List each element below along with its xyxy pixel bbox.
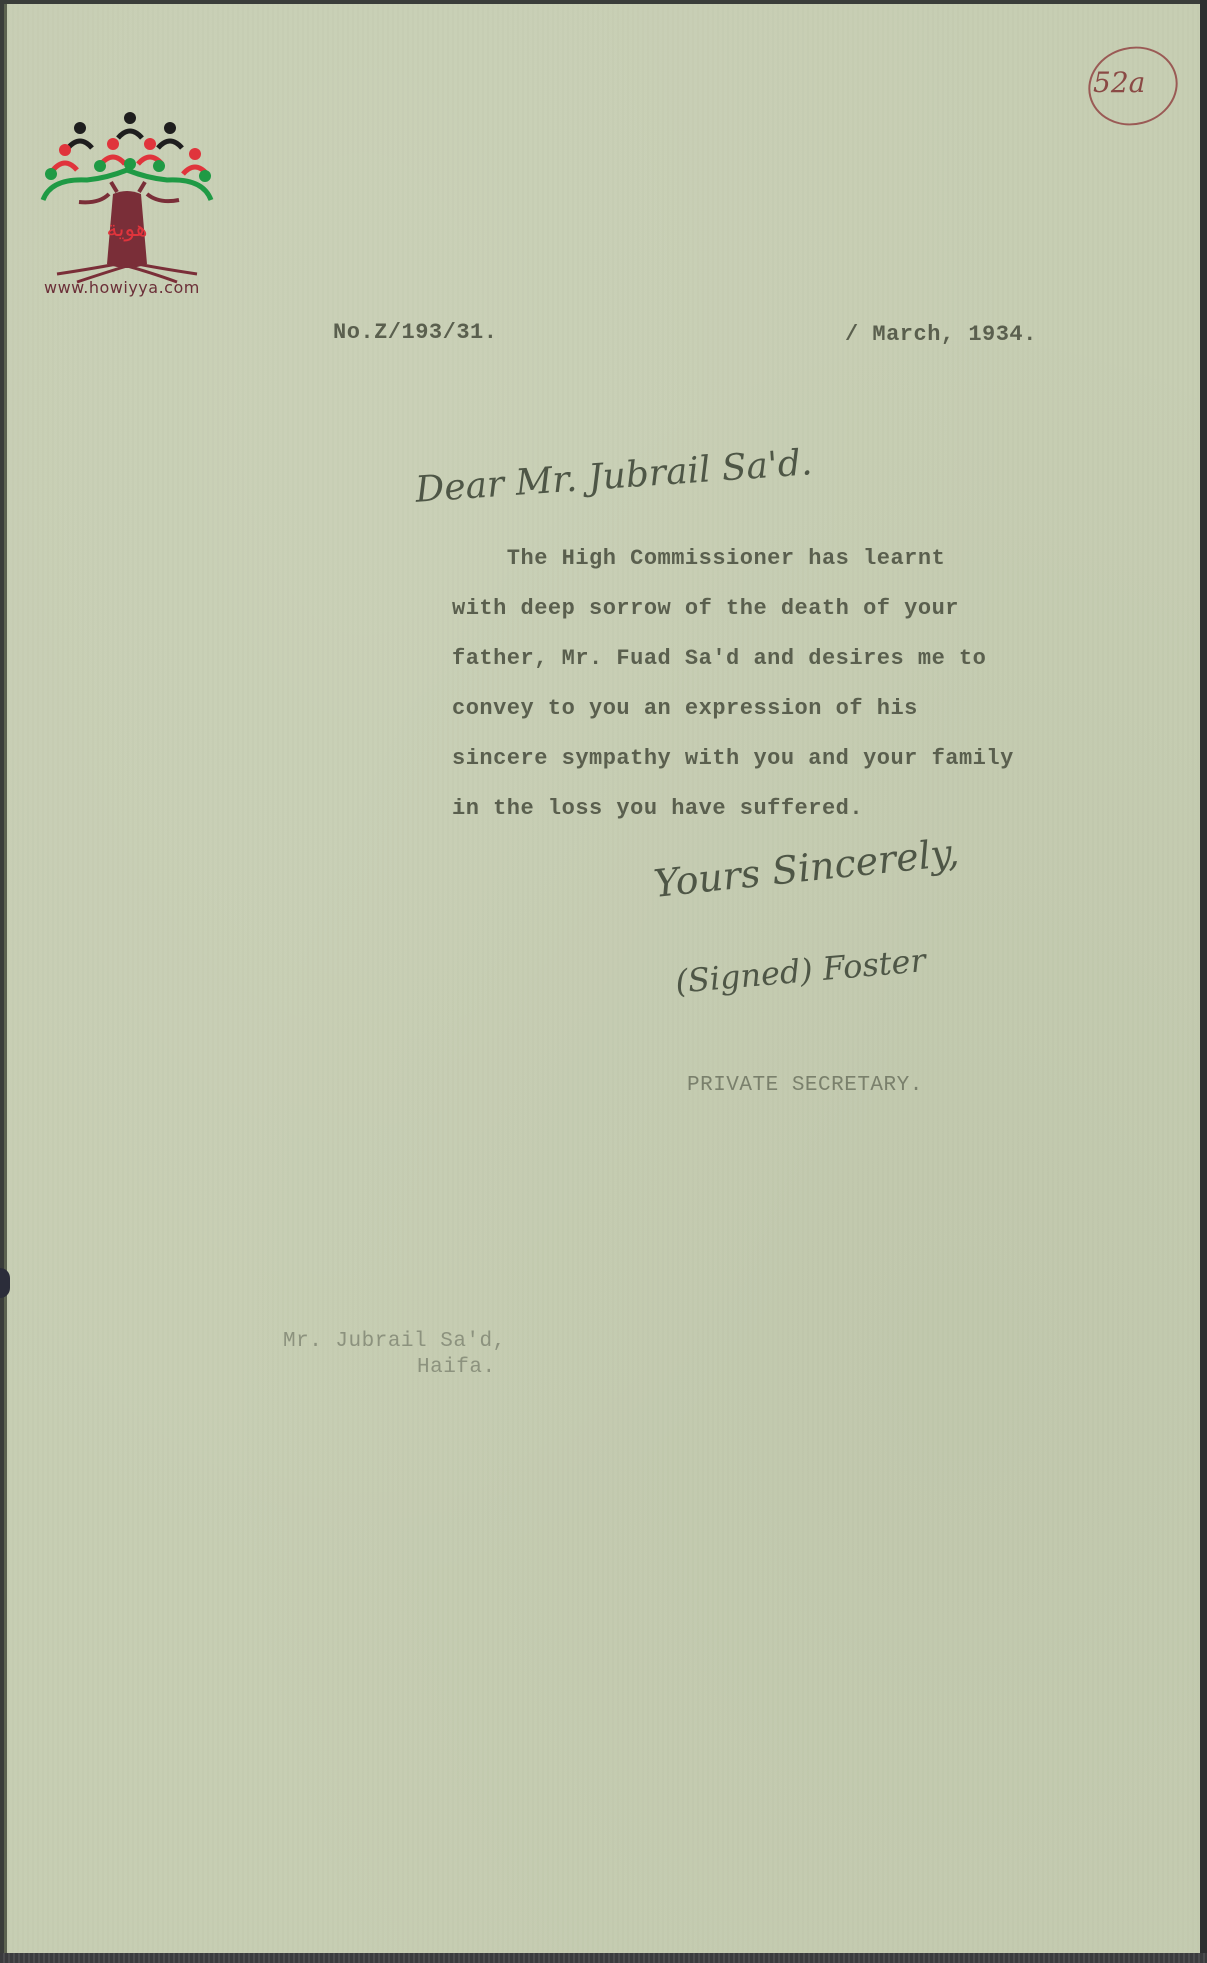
letter-page: هوية www.howiyya.com 52a No.Z/193/31. / … xyxy=(4,4,1200,1954)
addressee-name: Mr. Jubrail Sa'd, xyxy=(283,1330,506,1353)
howiyya-logo-icon: هوية xyxy=(37,104,217,304)
svg-text:هوية: هوية xyxy=(107,217,148,242)
salutation: Dear Mr. Jubrail Sa'd. xyxy=(414,442,814,511)
body-line: with deep sorrow of the death of your xyxy=(452,596,959,621)
body-line: The High Commissioner has learnt xyxy=(452,546,945,571)
watermark-url: www.howiyya.com xyxy=(44,278,200,297)
body-line: convey to you an expression of his xyxy=(452,696,918,721)
body-line: sincere sympathy with you and your famil… xyxy=(452,746,1014,771)
scan-edge-bottom xyxy=(0,1953,1207,1963)
folio-number: 52a xyxy=(1093,66,1145,99)
signatory-title: PRIVATE SECRETARY. xyxy=(687,1074,923,1097)
reference-number: No.Z/193/31. xyxy=(333,320,497,345)
body-line: in the loss you have suffered. xyxy=(452,796,863,821)
addressee-city: Haifa. xyxy=(417,1356,496,1379)
scan-edge-right xyxy=(1200,0,1207,1963)
closing: Yours Sincerely, xyxy=(652,830,962,906)
body-line: father, Mr. Fuad Sa'd and desires me to xyxy=(452,646,986,671)
letter-date: / March, 1934. xyxy=(845,322,1037,347)
signature: (Signed) Foster xyxy=(674,941,927,1001)
